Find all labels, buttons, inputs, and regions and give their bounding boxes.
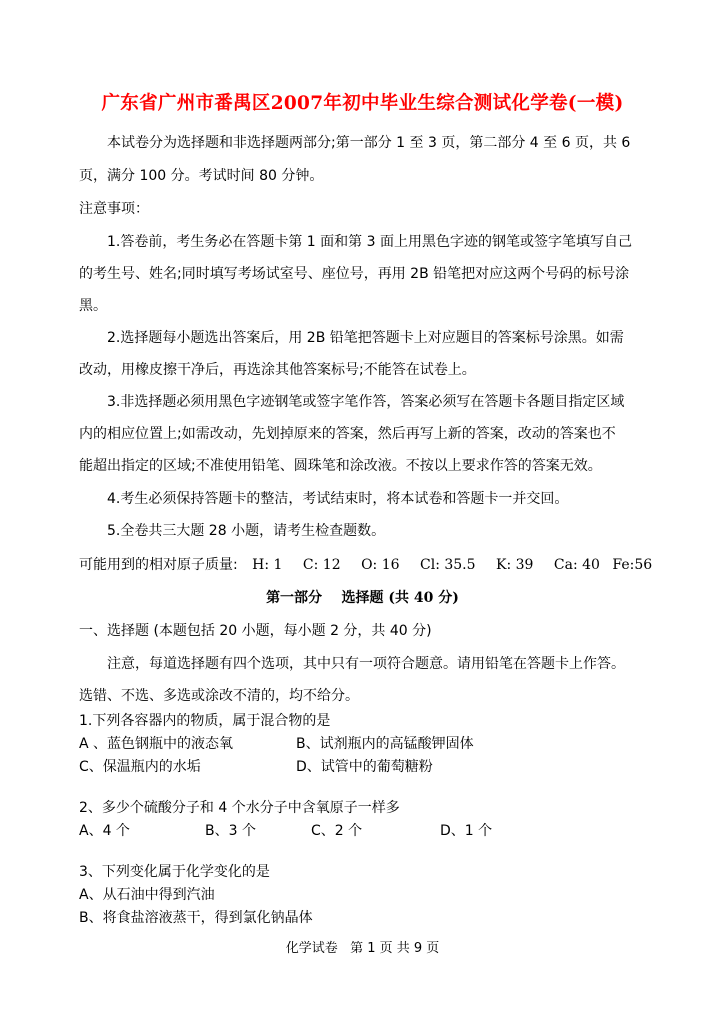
exam-title: 广东省广州市番禺区2007年初中毕业生综合测试化学卷(一模) <box>0 92 725 116</box>
note-3-line-3: 能超出指定的区域;不准使用铅笔、圆珠笔和涂改液。不按以上要求作答的答案无效。 <box>79 457 602 475</box>
question-1-option-d: D、试管中的葡萄糖粉 <box>296 758 433 776</box>
note-4-line-1: 4.考生必须保持答题卡的整洁，考试结束时，将本试卷和答题卡一并交回。 <box>107 490 568 508</box>
intro-line-2: 页，满分 100 分。考试时间 80 分钟。 <box>79 167 323 185</box>
question-3-stem: 3、下列变化属于化学变化的是 <box>79 863 270 881</box>
question-2-option-c: C、2 个 <box>311 822 362 840</box>
question-2-option-b: B、3 个 <box>205 822 256 840</box>
mass-fe: Fe:56 <box>612 556 652 574</box>
mass-ca: Ca: 40 <box>554 556 600 574</box>
question-3-option-a: A、从石油中得到汽油 <box>79 886 215 904</box>
atomic-masses-label: 可能用到的相对原子质量: <box>79 557 238 573</box>
note-1-line-1: 1.答卷前，考生务必在答题卡第 1 面和第 3 面上用黑色字迹的钢笔或签字笔填写… <box>107 233 632 251</box>
note-3-line-1: 3.非选择题必须用黑色字迹钢笔或签字笔作答，答案必须写在答题卡各题目指定区域 <box>107 393 624 411</box>
intro-line-1: 本试卷分为选择题和非选择题两部分;第一部分 1 至 3 页，第二部分 4 至 6… <box>107 134 630 152</box>
question-1-stem: 1.下列各容器内的物质，属于混合物的是 <box>79 712 330 730</box>
note-3-line-2: 内的相应位置上;如需改动，先划掉原来的答案，然后再写上新的答案，改动的答案也不 <box>79 425 616 443</box>
instruction-line-2: 选错、不选、多选或涂改不清的，均不给分。 <box>79 687 359 705</box>
question-1-option-a: A 、蓝色钢瓶中的液态氧 <box>79 735 233 753</box>
mass-c: C: 12 <box>303 556 341 574</box>
mass-k: K: 39 <box>496 556 533 574</box>
part1-heading: 第一部分 选择题 (共 40 分) <box>0 589 725 607</box>
question-1-option-c: C、保温瓶内的水垢 <box>79 758 201 776</box>
question-2-option-a: A、4 个 <box>79 822 130 840</box>
page-number: 化学试卷 第 1 页 共 9 页 <box>286 941 440 956</box>
note-2-line-1: 2.选择题每小题选出答案后，用 2B 铅笔把答题卡上对应题目的答案标号涂黑。如需 <box>107 329 624 347</box>
note-5-line-1: 5.全卷共三大题 28 小题，请考生检查题数。 <box>107 522 385 540</box>
question-2-stem: 2、多少个硫酸分子和 4 个水分子中含氧原子一样多 <box>79 799 400 817</box>
note-1-line-2: 的考生号、姓名;同时填写考场试室号、座位号，再用 2B 铅笔把对应这两个号码的标… <box>79 265 629 283</box>
section-heading: 一、选择题 (本题包括 20 小题，每小题 2 分，共 40 分) <box>79 622 432 640</box>
note-1-line-3: 黑。 <box>79 297 107 315</box>
question-2-option-d: D、1 个 <box>440 822 492 840</box>
note-2-line-2: 改动，用橡皮擦干净后，再选涂其他答案标号;不能答在试卷上。 <box>79 361 476 379</box>
question-1-option-b: B、试剂瓶内的高锰酸钾固体 <box>296 735 474 753</box>
atomic-masses-row: 可能用到的相对原子质量: H: 1 C: 12 O: 16 Cl: 35.5 K… <box>79 556 652 574</box>
exam-page: 广东省广州市番禺区2007年初中毕业生综合测试化学卷(一模) 本试卷分为选择题和… <box>0 0 725 1024</box>
instruction-line-1: 注意，每道选择题有四个选项，其中只有一项符合题意。请用铅笔在答题卡上作答。 <box>107 655 625 673</box>
mass-o: O: 16 <box>361 556 399 574</box>
question-3-option-b: B、将食盐溶液蒸干，得到氯化钠晶体 <box>79 909 313 927</box>
notes-heading: 注意事项： <box>79 200 149 218</box>
mass-h: H: 1 <box>252 556 282 574</box>
mass-cl: Cl: 35.5 <box>420 556 476 574</box>
page-footer: 化学试卷 第 1 页 共 9 页 <box>0 937 725 956</box>
